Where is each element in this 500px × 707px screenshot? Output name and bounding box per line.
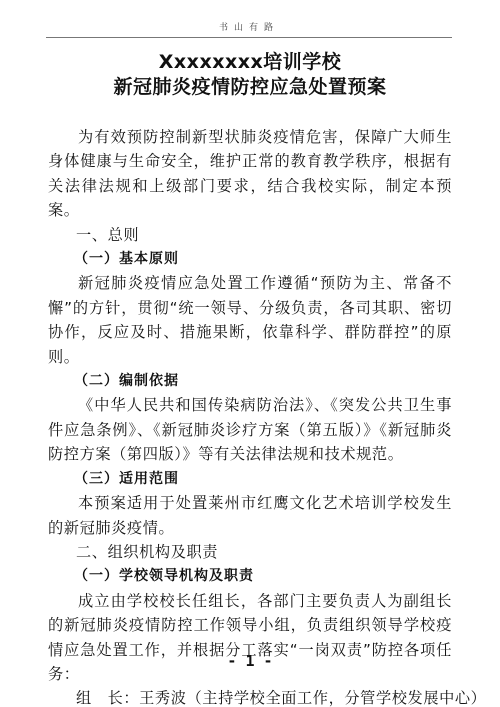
subsection-heading-scope: （三）适用范围 [48,467,452,491]
team-leader-line: 组 长：王秀波（主持学校全面工作，分管学校发展中心） [48,686,452,707]
subsection-heading-principles: （一）基本原则 [48,247,452,271]
scope-paragraph: 本预案适用于处置莱州市红鹰文化艺术培训学校发生的新冠肺炎疫情。 [48,491,452,540]
document-title-line1: Xxxxxxxx培训学校 [0,50,500,74]
section-heading-organization: 二、组织机构及职责 [48,540,452,564]
basis-paragraph: 《中华人民共和国传染病防治法》、《突发公共卫生事件应急条例》、《新冠肺炎诊疗方案… [48,393,452,466]
section-heading-general: 一、总则 [48,223,452,247]
page-number: - 1 - [0,652,500,670]
intro-paragraph: 为有效预防控制新型状肺炎疫情危害，保障广大师生身体健康与生命安全，维护正常的教育… [48,125,452,223]
running-header: 书山有路 [46,22,452,34]
document-title-line2: 新冠肺炎疫情防控应急处置预案 [0,75,500,99]
principles-paragraph: 新冠肺炎疫情应急处置工作遵循“预防为主、常备不懈”的方针，贯彻“统一领导、分级负… [48,271,452,369]
document-body: 为有效预防控制新型状肺炎疫情危害，保障广大师生身体健康与生命安全，维护正常的教育… [48,125,452,707]
document-page: 书山有路 Xxxxxxxx培训学校 新冠肺炎疫情防控应急处置预案 为有效预防控制… [0,0,500,707]
leadership-paragraph: 成立由学校校长任组长，各部门主要负责人为副组长的新冠肺炎疫情防控工作领导小组，负… [48,589,452,687]
subsection-heading-leadership: （一）学校领导机构及职责 [48,564,452,588]
subsection-heading-basis: （二）编制依据 [48,369,452,393]
header-rule [46,37,452,38]
